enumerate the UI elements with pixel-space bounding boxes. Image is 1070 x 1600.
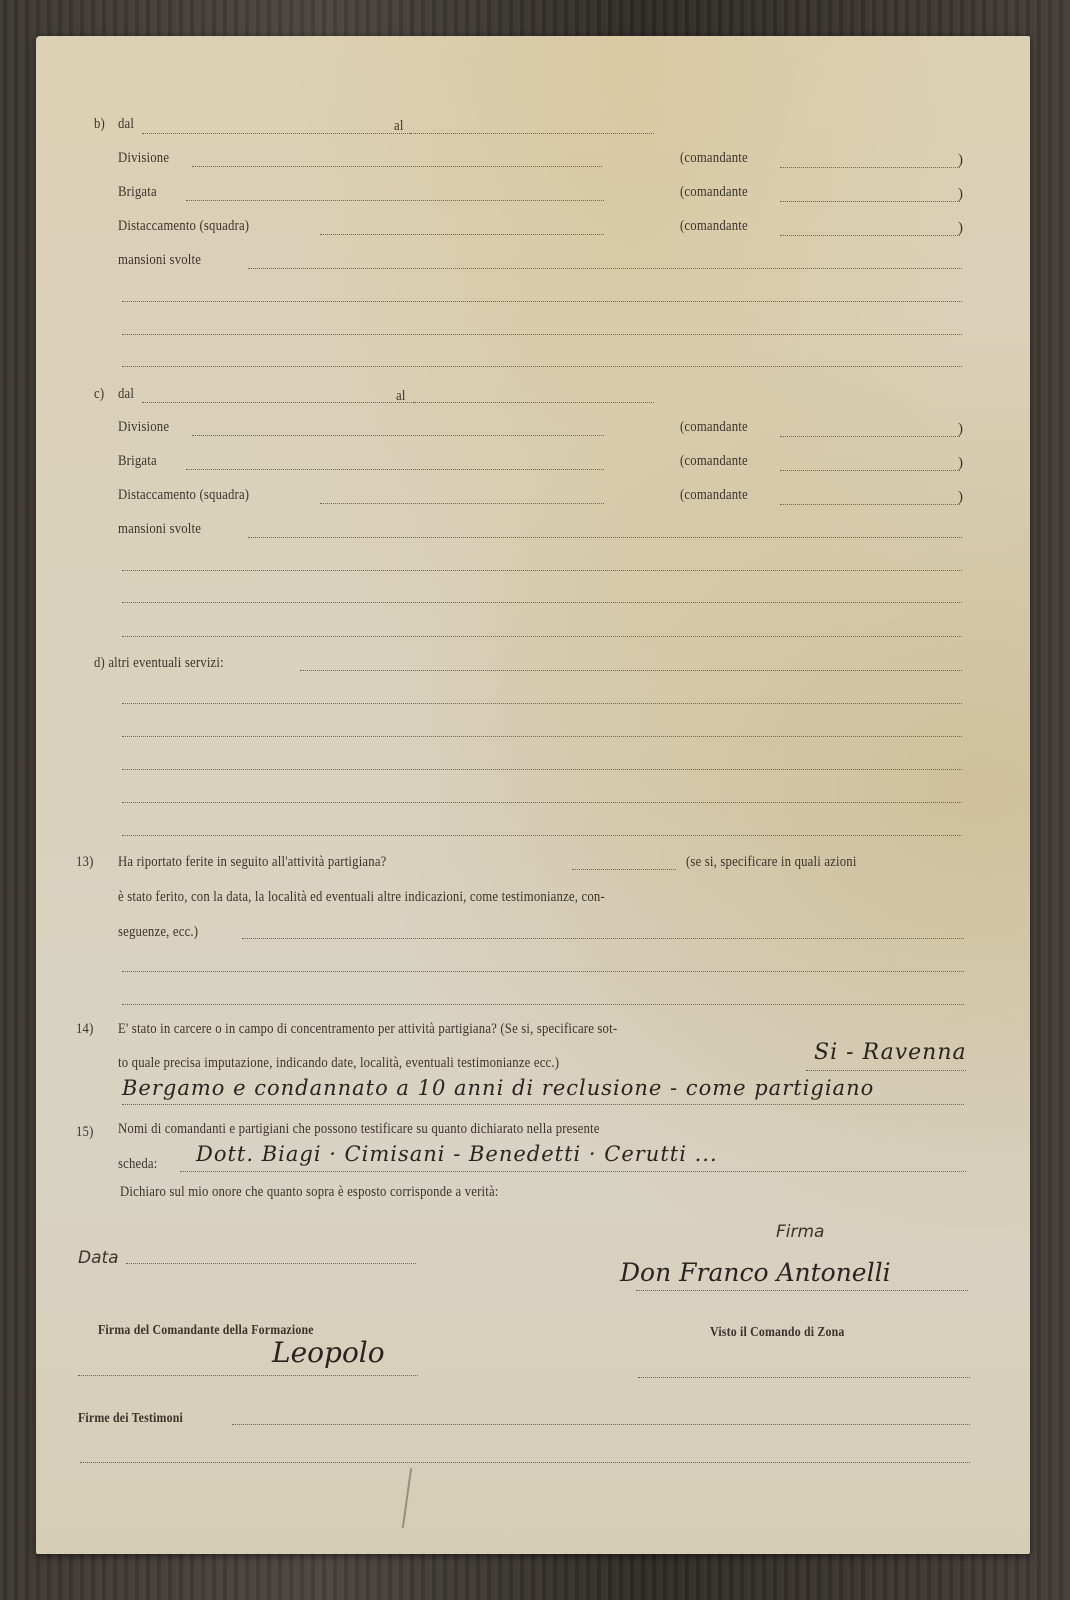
section-b-mansioni-line-2[interactable] [122,301,962,302]
q14-handwritten-answer-1: Si - Ravenna [814,1040,967,1065]
q14-handwritten-answer-2: Bergamo e condannato a 10 anni di reclus… [122,1076,874,1100]
q15-scheda-label: scheda: [118,1156,158,1173]
section-c-brigata-comandante-label: (comandante [680,453,748,470]
firma-signature: Don Franco Antonelli [620,1258,891,1287]
section-b-brigata-label: Brigata [118,184,157,201]
section-c-divisione-field[interactable] [192,435,604,436]
testimoni-field-1[interactable] [232,1424,970,1425]
paper-tear [402,1468,412,1528]
section-d-line-3[interactable] [122,736,962,737]
close-paren: ) [958,152,963,169]
section-b-divisione-comandante-field[interactable] [780,167,960,168]
section-b-al-field[interactable] [410,133,654,134]
section-b-divisione-comandante-label: (comandante [680,150,748,167]
testimoni-label: Firme dei Testimoni [78,1410,183,1426]
section-d-line-2[interactable] [122,703,962,704]
q15-handwritten-witnesses: Dott. Biagi · Cimisani - Benedetti · Cer… [196,1142,718,1166]
section-b-brigata-field[interactable] [186,200,604,201]
q15-number: 15) [76,1124,94,1141]
q14-line-2: to quale precisa imputazione, indicando … [118,1055,559,1072]
q13-number: 13) [76,854,94,871]
close-paren: ) [958,455,963,472]
close-paren: ) [958,489,963,506]
comandante-signature: Leopolo [272,1336,385,1369]
visto-comando-zona-field[interactable] [638,1377,970,1378]
section-c-distaccamento-label: Distaccamento (squadra) [118,487,249,504]
close-paren: ) [958,421,963,438]
section-b-brigata-comandante-label: (comandante [680,184,748,201]
section-d-label: d) altri eventuali servizi: [94,655,224,672]
q13-details-line-3[interactable] [122,1004,964,1005]
section-c-mansioni-line-3[interactable] [122,602,962,603]
section-c-al-field[interactable] [414,402,654,403]
section-b-brigata-comandante-field[interactable] [780,201,960,202]
section-c-divisione-label: Divisione [118,419,169,436]
declaration-text: Dichiaro sul mio onore che quanto sopra … [120,1184,499,1201]
section-c-mansioni-field[interactable] [248,537,962,538]
section-b-mansioni-line-3[interactable] [122,334,962,335]
section-c-brigata-label: Brigata [118,453,157,470]
q13-details-field[interactable] [242,938,964,939]
section-c-dal-label: dal [118,386,134,403]
q13-answer-field[interactable] [572,869,676,870]
q13-line-3: seguenze, ecc.) [118,924,198,941]
section-b-mansioni-label: mansioni svolte [118,252,201,269]
visto-comando-zona-label: Visto il Comando di Zona [710,1324,845,1340]
section-c-mansioni-line-4[interactable] [122,636,962,637]
section-c-distaccamento-comandante-field[interactable] [780,504,960,505]
section-d-line-4[interactable] [122,769,962,770]
q15-witnesses-field[interactable] [180,1171,966,1172]
q13-details-line-2[interactable] [122,971,964,972]
section-b-divisione-label: Divisione [118,150,169,167]
q14-number: 14) [76,1021,94,1038]
section-b-distaccamento-field[interactable] [320,234,604,235]
section-c-marker: c) [94,386,104,403]
section-d-line-6[interactable] [122,835,962,836]
testimoni-field-2[interactable] [80,1462,970,1463]
section-c-divisione-comandante-label: (comandante [680,419,748,436]
section-c-dal-field[interactable] [142,402,418,403]
firma-field[interactable] [636,1290,968,1291]
section-c-divisione-comandante-field[interactable] [780,436,960,437]
data-label: Data [78,1248,119,1268]
section-c-mansioni-line-2[interactable] [122,570,962,571]
data-field[interactable] [126,1263,416,1264]
q14-answer-field[interactable] [806,1070,966,1071]
section-b-al-label: al [394,118,404,135]
section-d-line-5[interactable] [122,802,962,803]
close-paren: ) [958,220,963,237]
form-page: b) dal al Divisione (comandante ) Brigat… [36,36,1030,1554]
section-b-distaccamento-comandante-field[interactable] [780,235,960,236]
section-b-distaccamento-comandante-label: (comandante [680,218,748,235]
q14-answer-line-2[interactable] [122,1104,964,1105]
section-b-marker: b) [94,116,105,133]
section-c-distaccamento-field[interactable] [320,503,604,504]
section-b-mansioni-field[interactable] [248,268,962,269]
firma-label: Firma [776,1222,824,1242]
section-b-mansioni-line-4[interactable] [122,366,962,367]
q13-question: Ha riportato ferite in seguito all'attiv… [118,854,387,871]
section-b-divisione-field[interactable] [192,166,602,167]
section-c-mansioni-label: mansioni svolte [118,521,201,538]
section-b-distaccamento-label: Distaccamento (squadra) [118,218,249,235]
q13-instruction: (se si, specificare in quali azioni [686,854,857,871]
section-b-dal-field[interactable] [142,133,422,134]
section-d-field[interactable] [300,670,962,671]
close-paren: ) [958,186,963,203]
q13-line-2: è stato ferito, con la data, la località… [118,889,605,906]
section-c-al-label: al [396,388,406,405]
section-c-brigata-field[interactable] [186,469,604,470]
section-c-brigata-comandante-field[interactable] [780,470,960,471]
comandante-formazione-field[interactable] [78,1375,418,1376]
section-c-distaccamento-comandante-label: (comandante [680,487,748,504]
q15-line-1: Nomi di comandanti e partigiani che poss… [118,1121,600,1138]
section-b-dal-label: dal [118,116,134,133]
q14-line-1: E' stato in carcere o in campo di concen… [118,1021,617,1038]
